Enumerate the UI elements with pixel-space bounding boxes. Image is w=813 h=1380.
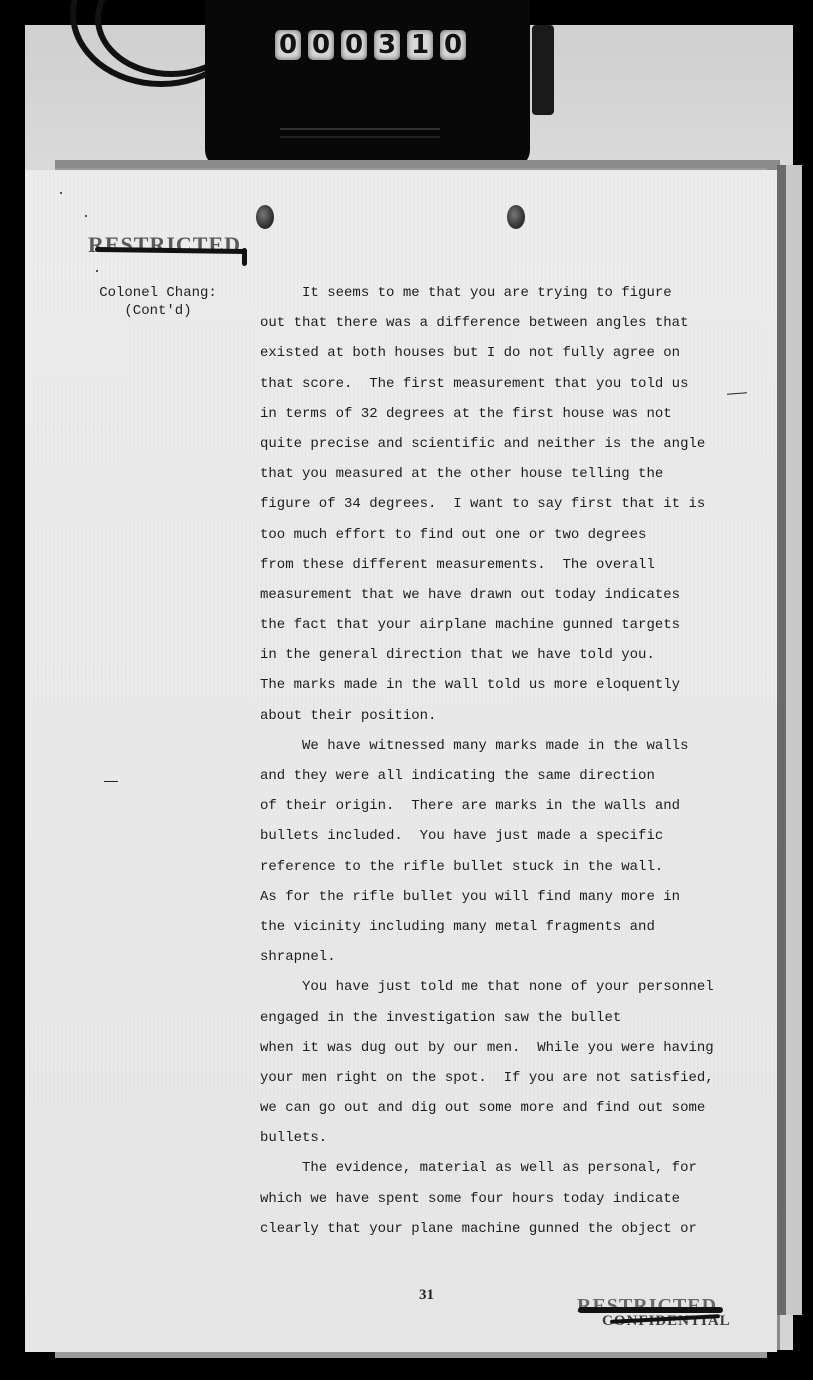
text-line: which we have spent some four hours toda… bbox=[260, 1188, 690, 1218]
text-line: As for the rifle bullet you will find ma… bbox=[260, 886, 690, 916]
text-line: You have just told me that none of your … bbox=[260, 976, 690, 1006]
text-line: We have witnessed many marks made in the… bbox=[260, 735, 690, 765]
counter-digit: 1 bbox=[407, 30, 433, 60]
text-line: in the general direction that we have to… bbox=[260, 644, 690, 674]
speck bbox=[60, 192, 62, 194]
counter-digit: 0 bbox=[275, 30, 301, 60]
punch-hole-right bbox=[507, 205, 525, 229]
text-line: that you measured at the other house tel… bbox=[260, 463, 690, 493]
page-edge-strip bbox=[777, 165, 802, 1315]
text-line: The evidence, material as well as person… bbox=[260, 1157, 690, 1187]
counter-digit: 0 bbox=[341, 30, 367, 60]
text-line: existed at both houses but I do not full… bbox=[260, 342, 690, 372]
counter-slot bbox=[280, 128, 440, 138]
text-line: bullets included. You have just made a s… bbox=[260, 825, 690, 855]
text-line: It seems to me that you are trying to fi… bbox=[260, 282, 690, 312]
text-line: out that there was a difference between … bbox=[260, 312, 690, 342]
punch-hole-left bbox=[256, 205, 274, 229]
text-line: in terms of 32 degrees at the first hous… bbox=[260, 403, 690, 433]
counter-side-clip bbox=[532, 25, 554, 115]
text-line: engaged in the investigation saw the bul… bbox=[260, 1007, 690, 1037]
speaker-name: Colonel Chang: bbox=[78, 284, 238, 302]
text-line: the vicinity including many metal fragme… bbox=[260, 916, 690, 946]
text-line: shrapnel. bbox=[260, 946, 690, 976]
text-line: quite precise and scientific and neither… bbox=[260, 433, 690, 463]
stamp-strike-tail bbox=[242, 248, 247, 266]
frame-counter-device: 0 0 0 3 1 0 bbox=[205, 0, 530, 168]
text-line: clearly that your plane machine gunned t… bbox=[260, 1218, 690, 1248]
text-line: the fact that your airplane machine gunn… bbox=[260, 614, 690, 644]
counter-digit: 0 bbox=[308, 30, 334, 60]
counter-digit: 3 bbox=[374, 30, 400, 60]
speck bbox=[96, 270, 98, 272]
text-line: from these different measurements. The o… bbox=[260, 554, 690, 584]
speaker-continuation: (Cont'd) bbox=[78, 302, 238, 320]
transcript-body: It seems to me that you are trying to fi… bbox=[260, 282, 690, 1248]
text-line: about their position. bbox=[260, 705, 690, 735]
text-line: when it was dug out by our men. While yo… bbox=[260, 1037, 690, 1067]
speck bbox=[85, 215, 87, 217]
restricted-stamp-header: RESTRICTED bbox=[88, 232, 241, 258]
text-line: too much effort to find out one or two d… bbox=[260, 524, 690, 554]
frame-counter-digits: 0 0 0 3 1 0 bbox=[275, 30, 466, 60]
text-line: The marks made in the wall told us more … bbox=[260, 674, 690, 704]
counter-digit: 0 bbox=[440, 30, 466, 60]
text-line: we can go out and dig out some more and … bbox=[260, 1097, 690, 1127]
text-line: of their origin. There are marks in the … bbox=[260, 795, 690, 825]
margin-mark-left bbox=[104, 781, 118, 782]
text-line: reference to the rifle bullet stuck in t… bbox=[260, 856, 690, 886]
text-line: bullets. bbox=[260, 1127, 690, 1157]
text-line: figure of 34 degrees. I want to say firs… bbox=[260, 493, 690, 523]
text-line: measurement that we have drawn out today… bbox=[260, 584, 690, 614]
speaker-label: Colonel Chang: (Cont'd) bbox=[78, 284, 238, 320]
text-line: that score. The first measurement that y… bbox=[260, 373, 690, 403]
page-number: 31 bbox=[419, 1287, 434, 1304]
text-line: your men right on the spot. If you are n… bbox=[260, 1067, 690, 1097]
text-line: and they were all indicating the same di… bbox=[260, 765, 690, 795]
